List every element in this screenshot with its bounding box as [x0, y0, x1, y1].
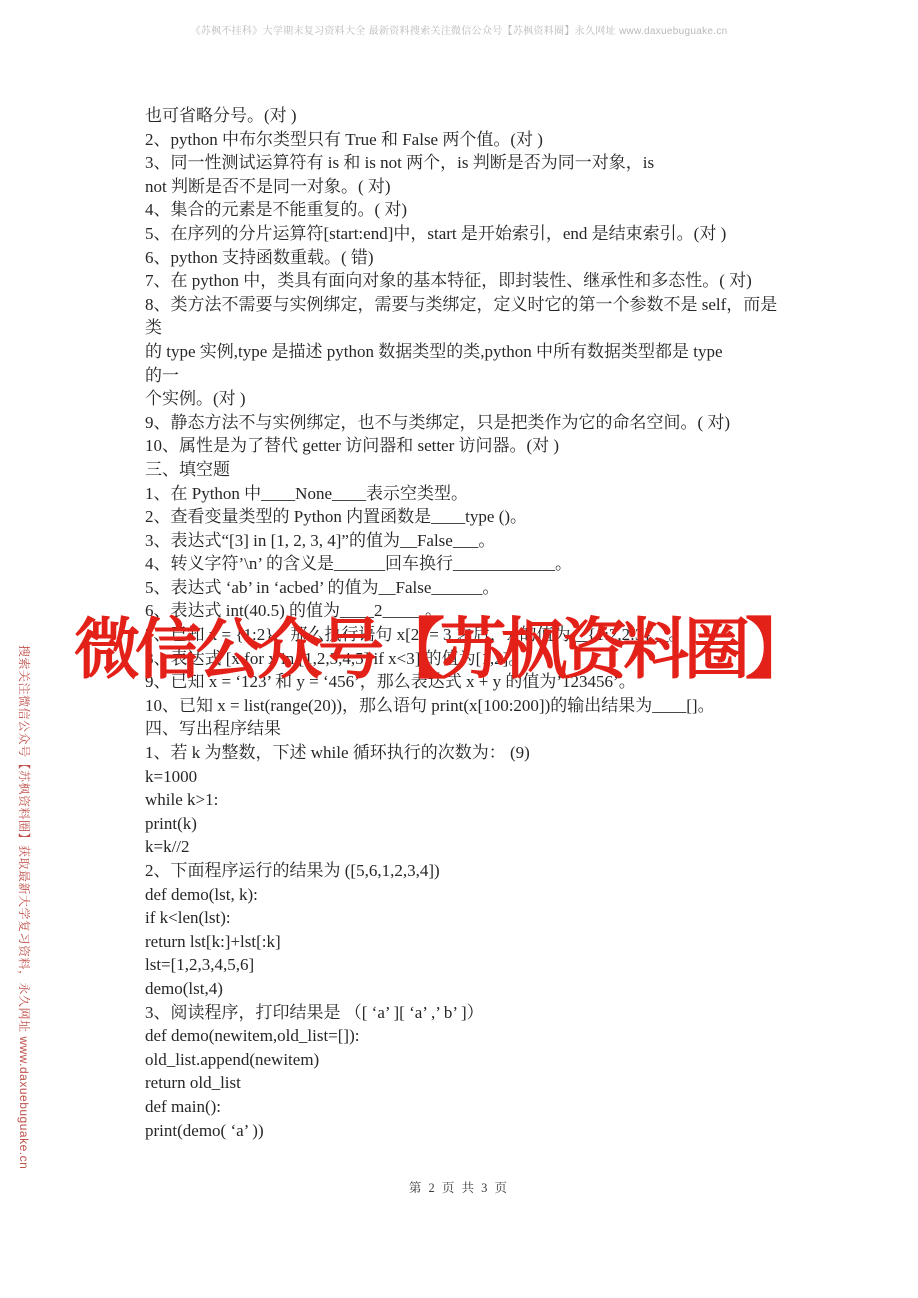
document-line: 10、属性是为了替代 getter 访问器和 setter 访问器。(对 )	[145, 434, 777, 458]
page-number-footer: 第 2 页 共 3 页	[0, 1178, 918, 1196]
document-line: 的一	[145, 364, 777, 388]
document-line: 的 type 实例,type 是描述 python 数据类型的类,python …	[145, 340, 777, 364]
document-line: while k>1:	[145, 788, 777, 812]
document-line: k=k//2	[145, 835, 777, 859]
document-page: 《苏枫不挂科》大学期末复习资料大全 最新资料搜索关注微信公众号【苏枫资料圈】永久…	[0, 0, 918, 1298]
red-watermark-banner: 微信公众号【苏枫资料圈】	[74, 596, 806, 691]
document-line: return old_list	[145, 1071, 777, 1095]
document-line: not 判断是否不是同一对象。( 对)	[145, 175, 777, 199]
document-line: 3、同一性测试运算符有 is 和 is not 两个，is 判断是否为同一对象，…	[145, 151, 777, 175]
document-line: 三、填空题	[145, 458, 777, 482]
document-line: demo(lst,4)	[145, 977, 777, 1001]
document-line: 四、写出程序结果	[145, 717, 777, 741]
document-line: return lst[k:]+lst[:k]	[145, 930, 777, 954]
document-line: def demo(lst, k):	[145, 883, 777, 907]
document-line: 3、阅读程序，打印结果是 （[ ‘a’ ][ ‘a’ ,’ b’ ]）	[145, 1001, 777, 1025]
document-line: 6、python 支持函数重载。( 错)	[145, 246, 777, 270]
left-vertical-watermark: 搜索关注微信公众号【苏枫资料圈】获取最新大学复习资料，永久网址 www.daxu…	[16, 645, 33, 1169]
document-line: 2、python 中布尔类型只有 True 和 False 两个值。(对 )	[145, 128, 777, 152]
document-line: 9、静态方法不与实例绑定，也不与类绑定，只是把类作为它的命名空间。( 对)	[145, 411, 777, 435]
document-line: def main():	[145, 1095, 777, 1119]
document-line: 7、在 python 中，类具有面向对象的基本特征，即封装性、继承性和多态性。(…	[145, 269, 777, 293]
document-line: 5、在序列的分片运算符[start:end]中，start 是开始索引，end …	[145, 222, 777, 246]
document-line: print(k)	[145, 812, 777, 836]
document-line: 类	[145, 316, 777, 340]
document-line: 个实例。(对 )	[145, 387, 777, 411]
document-line: print(demo( ‘a’ ))	[145, 1119, 777, 1143]
document-line: old_list.append(newitem)	[145, 1048, 777, 1072]
document-line: 10、已知 x = list(range(20))，那么语句 print(x[1…	[145, 694, 777, 718]
document-line: 4、集合的元素是不能重复的。( 对)	[145, 198, 777, 222]
document-line: if k<len(lst):	[145, 906, 777, 930]
document-line: 1、若 k 为整数，下述 while 循环执行的次数为： (9)	[145, 741, 777, 765]
document-line: lst=[1,2,3,4,5,6]	[145, 953, 777, 977]
document-line: k=1000	[145, 765, 777, 789]
document-line: 也可省略分号。(对 )	[145, 104, 777, 128]
document-line: 1、在 Python 中____None____表示空类型。	[145, 482, 777, 506]
document-line: 2、下面程序运行的结果为 ([5,6,1,2,3,4])	[145, 859, 777, 883]
document-line: 2、查看变量类型的 Python 内置函数是____type ()。	[145, 505, 777, 529]
document-line: def demo(newitem,old_list=[]):	[145, 1024, 777, 1048]
page-header-text: 《苏枫不挂科》大学期末复习资料大全 最新资料搜索关注微信公众号【苏枫资料圈】永久…	[0, 22, 918, 37]
document-line: 8、类方法不需要与实例绑定，需要与类绑定，定义时它的第一个参数不是 self，而…	[145, 293, 777, 317]
document-line: 4、转义字符’\n’ 的含义是______回车换行____________。	[145, 552, 777, 576]
document-line: 3、表达式“[3] in [1, 2, 3, 4]”的值为__False___。	[145, 529, 777, 553]
